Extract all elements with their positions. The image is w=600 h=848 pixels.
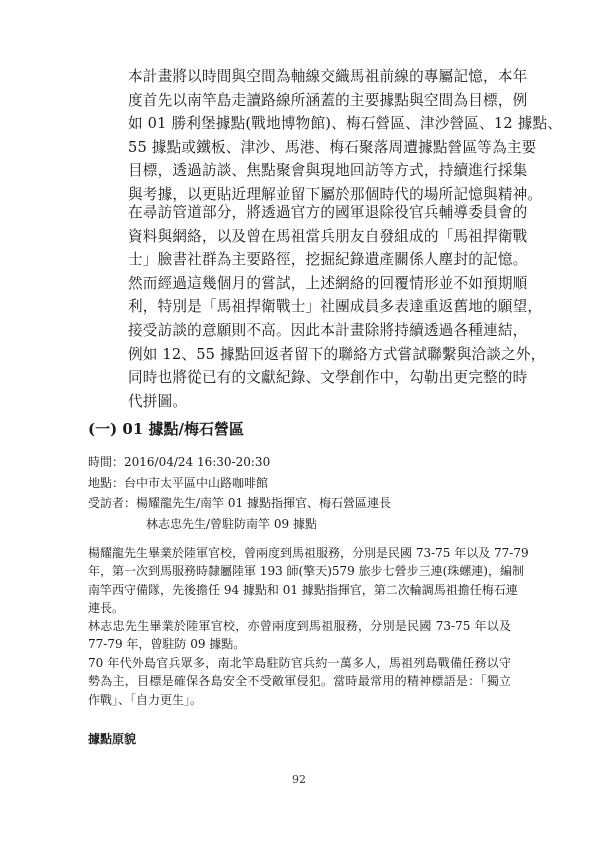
interviewee-1: 受訪者：楊耀龍先生/南竿 01 據點指揮官、梅石營區連長: [88, 493, 391, 514]
text-line: 勢為主，目標是確保各島安全不受敵軍侵犯。當時最常用的精神標語是：「獨立: [88, 672, 511, 690]
text-line: 55 據點或鐵板、津沙、馬港、梅石聚落周遭據點營區等為主要: [128, 136, 510, 160]
interview-meta: 時間：2016/04/24 16:30-20:30 地點：台中市太平區中山路咖啡…: [88, 452, 391, 534]
document-page: 本計畫將以時間與空間為軸線交織馬祖前線的專屬記憶，本年 度首先以南竿島走讀路線所…: [0, 0, 600, 848]
text-line: 目標，透過訪談、焦點聚會與現地回訪等方式，持續進行採集: [128, 159, 510, 183]
text-line: 利，特別是「馬祖捍衛戰士」社團成員多表達重返舊地的願望，: [128, 295, 510, 319]
text-line: 士」臉書社群為主要路徑，挖掘紀錄遺產關係人塵封的記憶。: [128, 248, 510, 272]
bio-paragraph-2: 林志忠先生畢業於陸軍官校，亦曾兩度到馬祖服務，分別是民國 73-75 年以及 7…: [88, 617, 511, 654]
text-line: 77-79 年，曾駐防 09 據點。: [88, 635, 511, 653]
subheading-original-appearance: 據點原貌: [88, 730, 136, 747]
section-heading: (一) 01 據點/梅石營區: [88, 418, 244, 439]
intro-paragraph-1: 本計畫將以時間與空間為軸線交織馬祖前線的專屬記憶，本年 度首先以南竿島走讀路線所…: [128, 65, 510, 207]
text-line: 如 01 勝利堡據點(戰地博物館)、梅石營區、津沙營區、12 據點、: [128, 112, 510, 136]
context-paragraph: 70 年代外島官兵眾多，南北竿島駐防官兵約一萬多人，馬祖列島戰備任務以守 勢為主…: [88, 654, 511, 709]
text-line: 林志忠先生畢業於陸軍官校，亦曾兩度到馬祖服務，分別是民國 73-75 年以及: [88, 617, 511, 635]
text-line: 代拼圖。: [128, 390, 510, 414]
text-line: 度首先以南竿島走讀路線所涵蓋的主要據點與空間為目標，例: [128, 89, 510, 113]
text-line: 接受訪談的意願則不高。因此本計畫除將持續透過各種連結，: [128, 319, 510, 343]
text-line: 作戰」、「自力更生」。: [88, 691, 511, 709]
text-line: 70 年代外島官兵眾多，南北竿島駐防官兵約一萬多人，馬祖列島戰備任務以守: [88, 654, 511, 672]
text-line: 然而經過這幾個月的嘗試，上述網絡的回覆情形並不如預期順: [128, 272, 510, 296]
text-line: 年，第一次到馬服務時隸屬陸軍 193 師(擎天)579 旅步七營步三連(珠螺連)…: [88, 562, 511, 580]
text-line: 南竿西守備隊，先後擔任 94 據點和 01 據點指揮官，第二次輪調馬祖擔任梅石連: [88, 581, 511, 599]
text-line: 連長。: [88, 599, 511, 617]
text-line: 同時也將從已有的文獻紀錄、文學創作中，勾勒出更完整的時: [128, 366, 510, 390]
intro-paragraph-2: 在尋訪管道部分，將透過官方的國軍退除役官兵輔導委員會的 資料與網絡，以及曾在馬祖…: [128, 201, 510, 413]
interview-location: 地點：台中市太平區中山路咖啡館: [88, 473, 391, 494]
page-number: 92: [292, 773, 306, 786]
text-line: 楊耀龍先生畢業於陸軍官校，曾兩度到馬祖服務，分別是民國 73-75 年以及 77…: [88, 544, 511, 562]
interviewee-2: 林志忠先生/曾駐防南竿 09 據點: [88, 514, 391, 535]
interview-time: 時間：2016/04/24 16:30-20:30: [88, 452, 391, 473]
text-line: 資料與網絡，以及曾在馬祖當兵朋友自發組成的「馬祖捍衛戰: [128, 225, 510, 249]
text-line: 在尋訪管道部分，將透過官方的國軍退除役官兵輔導委員會的: [128, 201, 510, 225]
bio-paragraph-1: 楊耀龍先生畢業於陸軍官校，曾兩度到馬祖服務，分別是民國 73-75 年以及 77…: [88, 544, 511, 617]
text-line: 例如 12、55 據點回返者留下的聯絡方式嘗試聯繫與洽談之外，: [128, 343, 510, 367]
text-line: 本計畫將以時間與空間為軸線交織馬祖前線的專屬記憶，本年: [128, 65, 510, 89]
